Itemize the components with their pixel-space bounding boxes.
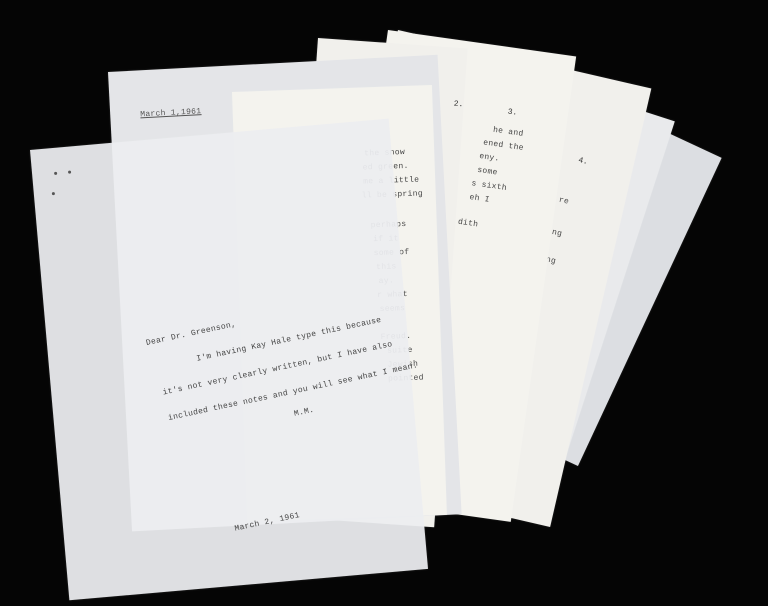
photo-stage: 6. rs I f him n. She er the pression. ny… — [0, 0, 768, 606]
salutation: Dear Dr. Greenson, — [145, 320, 237, 348]
text-line: eny. — [479, 152, 500, 164]
text-line: eh I — [469, 193, 490, 205]
note-line-3: included these notes and you will see wh… — [167, 361, 418, 423]
note-line-2: it's not very clearly written, but I hav… — [162, 340, 393, 398]
punch-hole — [68, 171, 71, 174]
under-page-date: March 1,1961 — [140, 107, 202, 119]
text-line: s sixth — [471, 179, 508, 193]
page-number: 2. — [453, 100, 463, 110]
signature: M.M. — [293, 406, 315, 419]
text-line: he and — [492, 126, 524, 139]
text-line: some — [477, 166, 498, 178]
page-number: 3. — [507, 108, 518, 118]
punch-hole — [52, 192, 55, 195]
text-line: ened the — [483, 138, 525, 153]
text-line: dith — [457, 218, 478, 230]
text-line: re — [558, 196, 570, 207]
page-number: 4. — [577, 156, 588, 167]
note-date: March 2, 1961 — [234, 511, 301, 534]
sheet-cover-note: Dear Dr. Greenson, I'm having Kay Hale t… — [30, 119, 428, 601]
punch-hole — [54, 172, 57, 175]
